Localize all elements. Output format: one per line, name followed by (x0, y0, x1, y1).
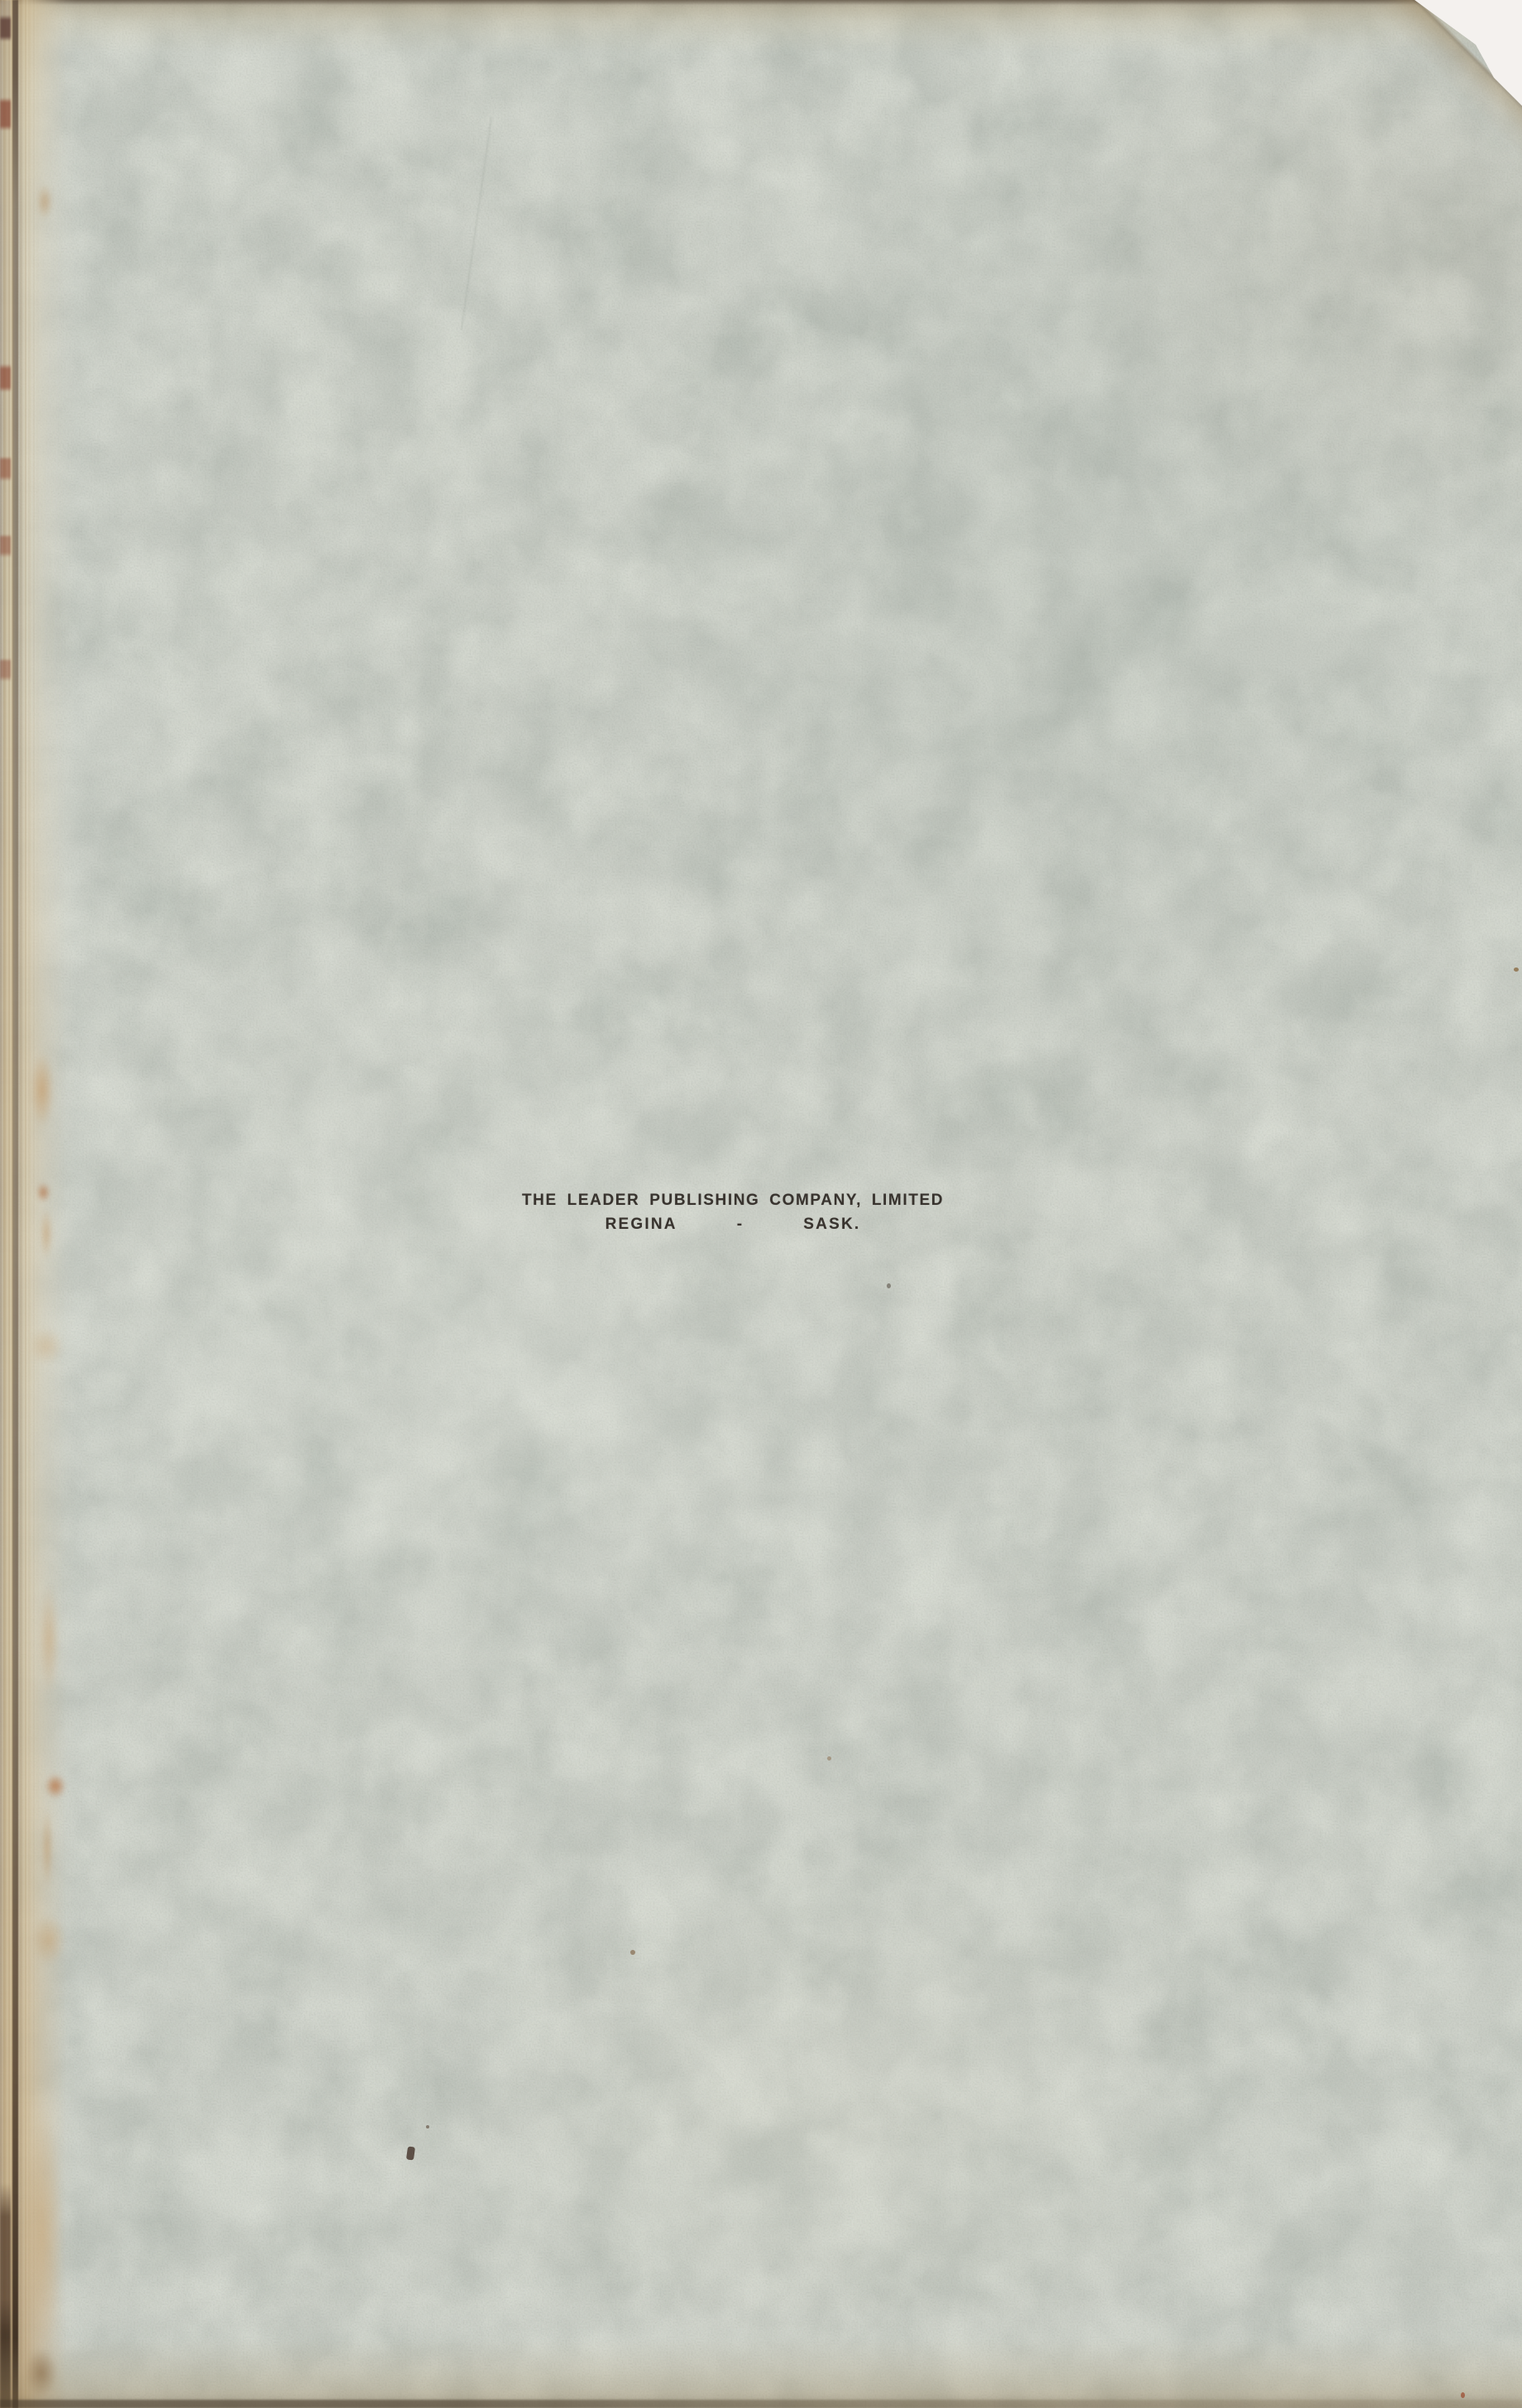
rust-stain (45, 1774, 66, 1799)
clipped-corner-edge (1290, 0, 1522, 232)
rust-stain (36, 1182, 50, 1202)
ink-speck (426, 2125, 429, 2128)
paper-texture (0, 0, 1522, 2408)
scan-background: THE LEADER PUBLISHING COMPANY, LIMITED R… (0, 0, 1522, 2408)
ink-speck (827, 1756, 831, 1761)
publisher-province: SASK. (803, 1216, 860, 1233)
ink-speck (1461, 2392, 1465, 2398)
spine-wear-marks (0, 0, 11, 2408)
binding-streaks (0, 0, 40, 2408)
ink-speck (406, 2146, 415, 2160)
rust-stain (41, 1807, 53, 1890)
rust-stain (40, 1207, 53, 1260)
publisher-city: REGINA (605, 1216, 677, 1233)
page-top-edge (0, 0, 1522, 53)
binding-gutter-line (12, 0, 18, 2408)
rust-stain (36, 184, 53, 220)
binding-discoloration (0, 0, 66, 2408)
rust-stain (23, 2109, 63, 2357)
ink-speck (887, 1283, 891, 1288)
rust-stain (38, 1584, 60, 1695)
page-bottom-edge (0, 2339, 1522, 2408)
publisher-name: THE LEADER PUBLISHING COMPANY, LIMITED (522, 1192, 944, 1209)
page-top-edge-line (0, 0, 1522, 5)
rust-stain (25, 2348, 58, 2398)
publisher-location: REGINA - SASK. (522, 1216, 944, 1233)
paper-crease (461, 117, 492, 330)
ink-speck (630, 1950, 635, 1955)
rust-stain (30, 1052, 55, 1128)
paper-tone-shading (0, 0, 1522, 2408)
book-page: THE LEADER PUBLISHING COMPANY, LIMITED R… (0, 0, 1522, 2408)
page-bottom-edge-line (0, 2400, 1522, 2408)
rust-stain (31, 1914, 66, 1966)
rust-stain (28, 1327, 65, 1365)
publisher-imprint: THE LEADER PUBLISHING COMPANY, LIMITED R… (522, 1192, 944, 1233)
binding-edge (0, 0, 76, 2408)
ink-speck (1514, 967, 1519, 972)
publisher-separator-dash: - (737, 1216, 744, 1233)
